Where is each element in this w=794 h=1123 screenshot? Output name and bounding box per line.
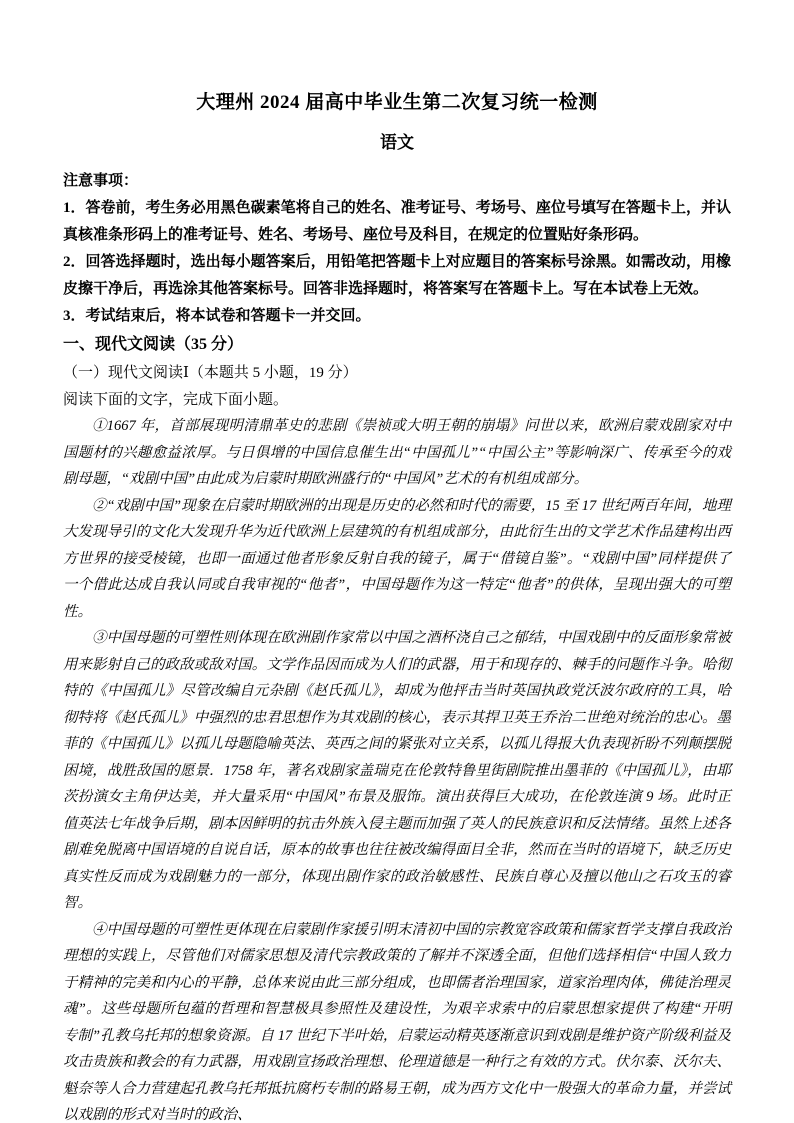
passage-paragraph-4: ④中国母题的可塑性更体现在启蒙剧作家援引明末清初中国的宗教宽容政策和儒家哲学支撑… [63,917,731,1123]
section-heading: 一、现代文阅读（35 分） [63,330,731,359]
reading-passage: ①1667 年，首部展现明清鼎革史的悲剧《崇祯或大明王朝的崩塌》问世以来，欧洲启… [63,413,731,1123]
notice-item-2: 2．回答选择题时，选出每小题答案后，用铅笔把答题卡上对应题目的答案标号涂黑。如需… [63,249,731,303]
exam-page: 大理州 2024 届高中毕业生第二次复习统一检测 语文 注意事项： 1．答卷前，… [0,0,794,1123]
passage-paragraph-2: ②“戏剧中国”现象在启蒙时期欧洲的出现是历史的必然和时代的需要，15 至 17 … [63,493,731,626]
section-subheading: （一）现代文阅读Ⅰ（本题共 5 小题，19 分） [63,359,731,387]
notice-item-3: 3．考试结束后，将本试卷和答题卡一并交回。 [63,303,731,330]
notices-heading: 注意事项： [63,168,731,195]
passage-paragraph-1: ①1667 年，首部展现明清鼎革史的悲剧《崇祯或大明王朝的崩塌》问世以来，欧洲启… [63,413,731,493]
passage-paragraph-3: ③中国母题的可塑性则体现在欧洲剧作家常以中国之酒杯浇自己之郁结，中国戏剧中的反面… [63,625,731,917]
notice-item-1: 1．答卷前，考生务必用黑色碳素笔将自己的姓名、准考证号、考场号、座位号填写在答题… [63,195,731,249]
subject-title: 语文 [63,131,731,155]
page-title: 大理州 2024 届高中毕业生第二次复习统一检测 [63,90,731,116]
reading-instruction: 阅读下面的文字，完成下面小题。 [63,387,731,413]
